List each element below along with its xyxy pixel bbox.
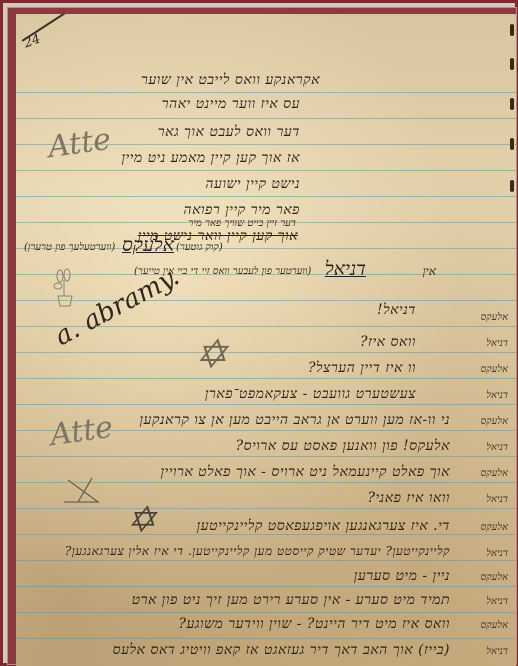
- ruled-line: [16, 352, 516, 353]
- speaker-label: דניאל: [486, 494, 508, 505]
- title-name: אלעקס: [122, 234, 174, 257]
- binding-hole: [510, 138, 514, 150]
- ruled-line: [16, 560, 516, 561]
- speaker-label: דניאל: [486, 442, 508, 453]
- title-left-note: (ווערטעלעך פון טרערן): [24, 242, 115, 253]
- signature-doodle-middle: Atte: [48, 410, 115, 453]
- dialogue-line: אלעקס! פון וואנען פאסט עס ארויס?: [236, 438, 450, 455]
- binding-hole: [510, 98, 514, 110]
- dialogue-line: די. איז צערגאנגען אויפגעפאסט קליינקייטען: [197, 518, 450, 535]
- speaker-label: אלעקס: [481, 416, 508, 427]
- dialogue-line: דניאל!: [377, 302, 416, 319]
- binding-hole: [510, 180, 514, 192]
- dialogue-line: ני וו-אז מען ווערט אן גראב הייבט מען אן …: [140, 412, 450, 429]
- ruled-line: [16, 300, 516, 301]
- verse-line-1: אקראנקע וואס לייבט אין שוער: [141, 72, 320, 89]
- star-of-david-2-icon: ✡: [126, 500, 156, 541]
- triangle-sketch-icon: [62, 476, 102, 504]
- speaker-label: דניאל: [486, 338, 508, 349]
- dialogue-line: אוך פאלט קיינעמאל ניט ארויס - אוך פאלט א…: [160, 464, 450, 481]
- speaker-label: דניאל: [486, 390, 508, 401]
- signature-doodle-top: Atte: [46, 122, 113, 165]
- dialogue-line: (בייז) אוך האב דאך דיר געזאגט אז קאפ ווי…: [113, 642, 450, 659]
- ruled-line: [16, 586, 516, 587]
- document-inner-frame: 24 אקראנקע וואס לייבט אין שוער עס איז וו…: [7, 7, 517, 665]
- speaker-label: אלעקס: [481, 364, 508, 375]
- dialogue-line: קליינקייטען? יעדער שטיק קייסטט מען קליינ…: [65, 544, 450, 559]
- ruled-line: [16, 170, 516, 171]
- manuscript-page: 24 אקראנקע וואס לייבט אין שוער עס איז וו…: [16, 14, 516, 666]
- speaker-label: אלעקס: [481, 522, 508, 533]
- ruled-line: [16, 378, 516, 379]
- speaker-label: אלעקס: [481, 312, 508, 323]
- dialogue-line: וואס איז מיט דיר היינט? - שוין ווידער מש…: [178, 616, 450, 633]
- verse-line-4: אז אוך קען קיין מאמע ניט מיין: [121, 150, 300, 167]
- binding-hole: [510, 58, 514, 70]
- subtitle-name: דניאל: [325, 258, 366, 281]
- speaker-label: אלעקס: [481, 620, 508, 631]
- dialogue-line: וואס איז?: [360, 334, 416, 351]
- ruled-line: [16, 508, 516, 509]
- flower-pot-sketch-icon: [50, 268, 80, 308]
- speaker-label: דניאל: [486, 646, 508, 657]
- ruled-line: [16, 612, 516, 613]
- document-frame: 24 אקראנקע וואס לייבט אין שוער עס איז וו…: [0, 0, 518, 666]
- dialogue-line: ניין - מיט סערען: [354, 568, 450, 585]
- verse-line-2: עס איז ווער מיינט יאהר: [162, 96, 300, 113]
- star-of-david-1-icon: ✡: [194, 332, 228, 378]
- ruled-line: [16, 638, 516, 639]
- verse-line-6: פאר מיר קיין רפואה: [183, 202, 300, 219]
- title-paren-note: (קוק גוטער): [176, 242, 223, 253]
- dialogue-line: וואו איז פאני?: [368, 490, 451, 507]
- dialogue-line: וו איז דיין הערצל?: [308, 360, 416, 377]
- verse-line-5: נישט קיין ישועה: [205, 176, 300, 193]
- speaker-label: אלעקס: [481, 572, 508, 583]
- ruled-line: [16, 118, 516, 119]
- dialogue-line: תמיד מיט סערע - אין סערע רירט מען זיך ני…: [132, 592, 450, 609]
- subtitle-prefix: אין: [423, 264, 436, 279]
- ruled-line: [16, 456, 516, 457]
- ruled-line: [16, 404, 516, 405]
- verse-line-3: דער וואס לעבט אוך גאר: [158, 124, 300, 141]
- dialogue-line: צעשטערט גוועבט - צעקאמפט־פארן: [205, 386, 416, 403]
- speaker-label: אלעקס: [481, 468, 508, 479]
- binding-hole: [510, 24, 514, 36]
- speaker-label: דניאל: [486, 548, 508, 559]
- ruled-line: [16, 196, 516, 197]
- speaker-label: דניאל: [486, 596, 508, 607]
- ruled-line: [16, 92, 516, 93]
